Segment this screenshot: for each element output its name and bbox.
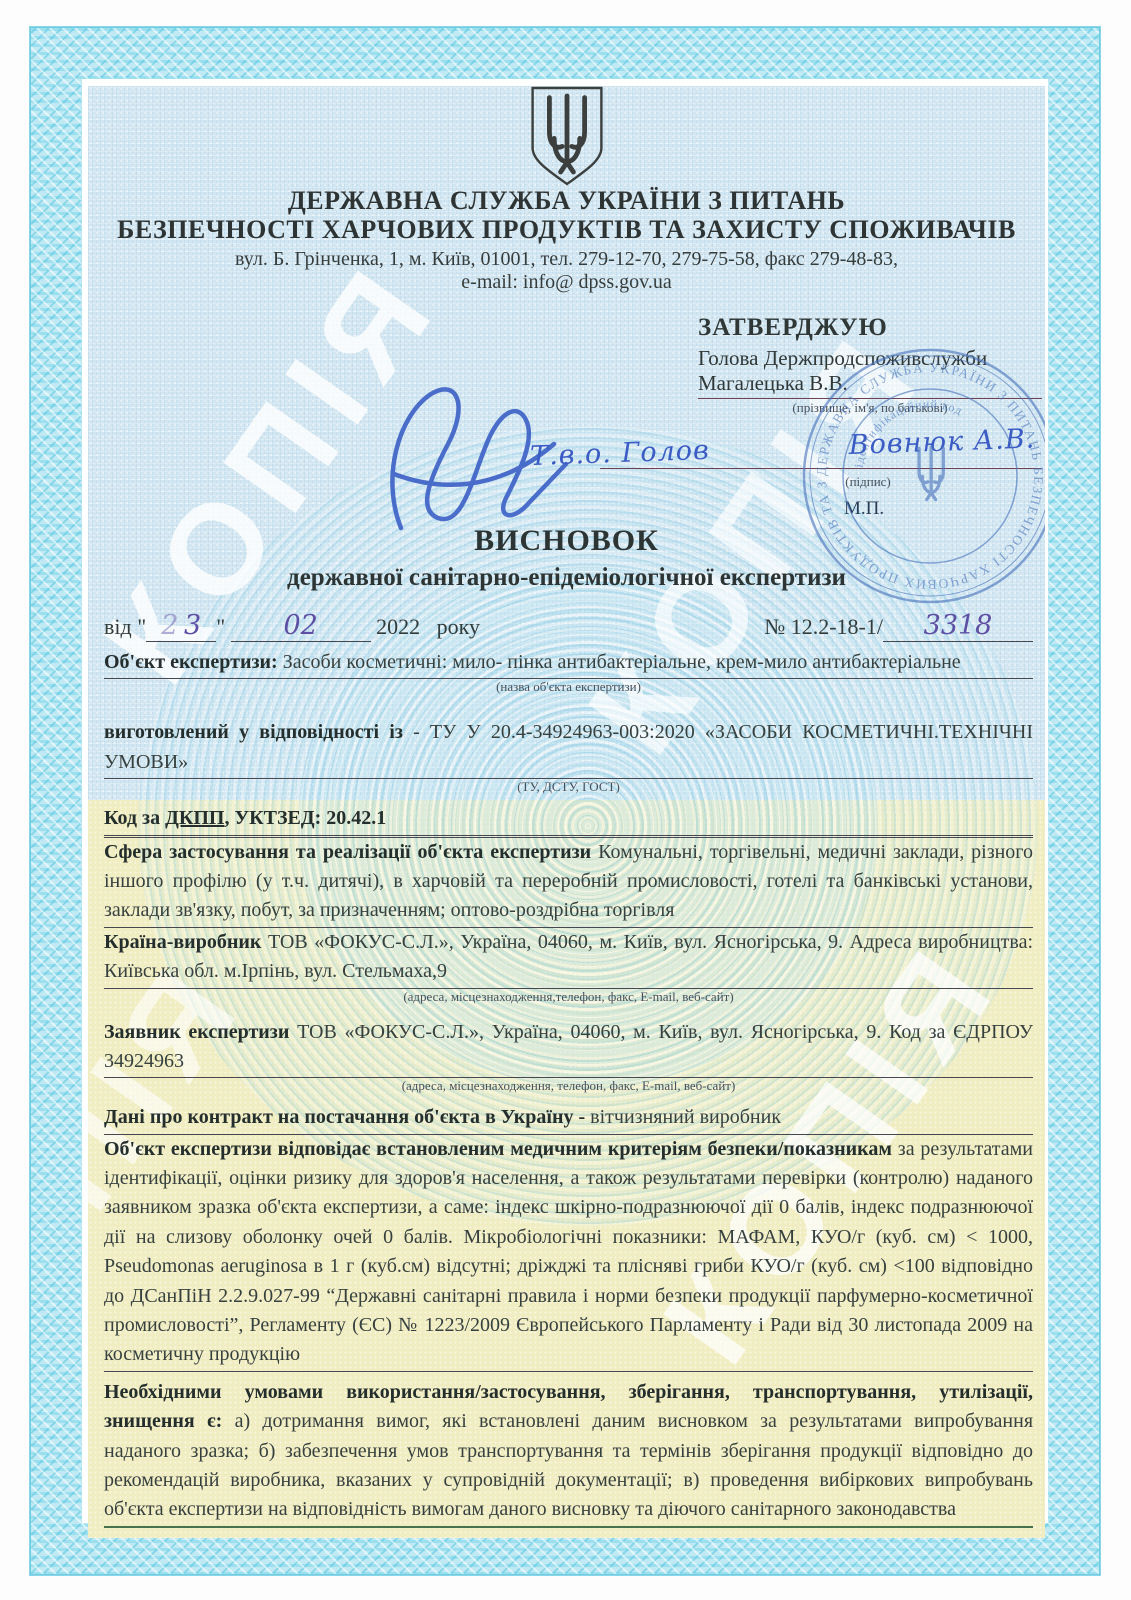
section-object-value: Засоби косметичні: мило- пінка антибакте… [283,651,961,673]
document-title: ВИСНОВОК [96,524,1037,558]
section-code: Код за ДКПП, УКТЗЕД: 20.42.1 [104,804,1033,837]
document-sheet: КОПІЯ КОПІЯ КОПІЯ КОПІЯ ДЕРЖАВНА СЛУЖБА … [88,86,1045,1538]
svg-text:ідентифікаційний код: ідентифікаційний код [852,397,966,469]
section-contract: Дані про контракт на постачання об'єкта … [104,1103,1033,1134]
section-scope-label: Сфера застосування та реалізації об'єкта… [104,841,591,863]
approve-label: ЗАТВЕРДЖУЮ [698,314,1042,342]
number-label: № 12.2-18-1/ [764,614,883,639]
section-conformity-label: Об'єкт експертизи відповідає встановлени… [104,1138,892,1160]
section-contract-value: вітчизняний виробник [590,1106,781,1128]
handwritten-month: 02 [283,610,317,641]
handwritten-number: 3318 [924,610,993,641]
code-label-post: , УКТЗЕД: 20.42.1 [224,807,386,829]
section-conformity: Об'єкт експертизи відповідає встановлени… [104,1135,1033,1372]
date-number-row: від "2 3" 02 2022 року № 12.2-18-1/3318 [104,610,1033,642]
section-object: Об'єкт експертизи: Засоби косметичні: ми… [104,648,1033,694]
section-producer-caption: (адреса, місцезнаходження,телефон, факс,… [104,989,1033,1004]
section-contract-label: Дані про контракт на постачання об'єкта … [104,1106,585,1128]
letterhead: ДЕРЖАВНА СЛУЖБА УКРАЇНИ З ПИТАНЬ БЕЗПЕЧН… [96,186,1037,294]
handwritten-day-faint: 2 [161,610,178,641]
handwritten-acting-head: Т.в.о. Голов [530,435,711,472]
agency-address: вул. Б. Грінченка, 1, м. Київ, 01001, те… [96,248,1037,271]
date-year: 2022 [376,614,420,639]
ukraine-trident-icon [512,86,622,188]
section-conditions-value: а) дотримання вимог, які встановлені дан… [104,1410,1033,1520]
section-conditions: Необхідними умовами використання/застосу… [104,1378,1033,1528]
section-object-caption: (назва об'єкта експертизи) [104,679,1033,694]
date-from-label: від " [104,614,146,639]
section-applicant: Заявник експертизи ТОВ «ФОКУС-С.Л.», Укр… [104,1018,1033,1094]
agency-name-line1: ДЕРЖАВНА СЛУЖБА УКРАЇНИ З ПИТАНЬ [96,186,1037,215]
code-label-pre: Код за [104,807,165,829]
section-object-label: Об'єкт експертизи: [104,651,278,673]
section-producer-label: Країна-виробник [104,931,261,953]
document-body: Об'єкт експертизи: Засоби косметичні: ми… [104,648,1033,1528]
section-applicant-label: Заявник експертизи [104,1021,289,1043]
date-quote: " [216,614,225,639]
rule [104,1371,1033,1372]
handwritten-day: 3 [184,610,201,641]
section-scope: Сфера застосування та реалізації об'єкта… [104,838,1033,928]
certificate-page: КОПІЯ КОПІЯ КОПІЯ КОПІЯ ДЕРЖАВНА СЛУЖБА … [0,0,1131,1600]
code-label-dkpp: ДКПП [165,807,224,829]
section-manufactured: виготовлений у відповідності із - ТУ У 2… [104,718,1033,794]
final-rule [104,1526,1033,1528]
date-year-suffix: року [437,614,480,639]
document-subtitle: державної санітарно-епідеміологічної екс… [96,564,1037,592]
section-applicant-caption: (адреса, місцезнаходження, телефон, факс… [104,1078,1033,1093]
section-manufactured-caption: (ТУ, ДСТУ, ГОСТ) [104,779,1033,794]
section-producer: Країна-виробник ТОВ «ФОКУС-С.Л.», Україн… [104,928,1033,1004]
stamp-trident-icon [919,447,943,499]
agency-name-line2: БЕЗПЕЧНОСТІ ХАРЧОВИХ ПРОДУКТІВ ТА ЗАХИСТ… [96,215,1037,244]
section-manufactured-label: виготовлений у відповідності із [104,721,403,743]
section-conformity-value: за результатами ідентифікації, оцінки ри… [104,1138,1033,1366]
stamp-inner-text: ідентифікаційний код [852,397,966,469]
agency-email: e-mail: info@ dpss.gov.ua [96,271,1037,294]
